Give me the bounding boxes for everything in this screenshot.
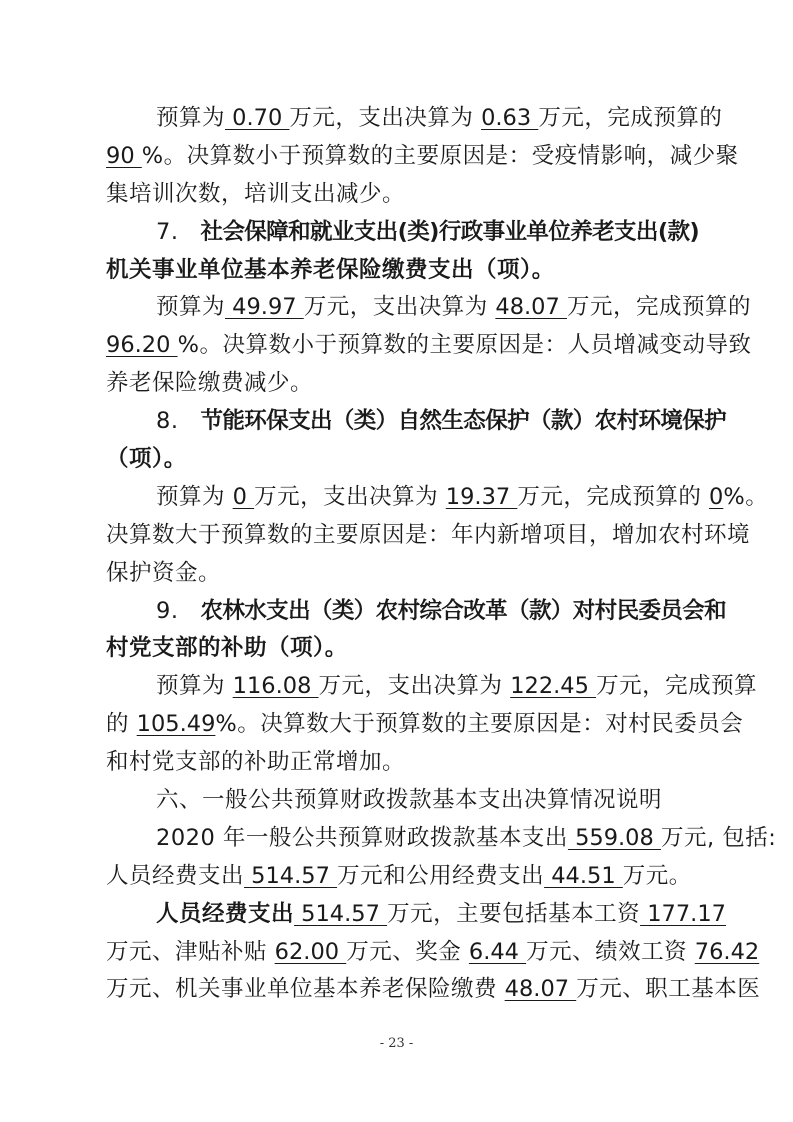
text: 预算为 xyxy=(156,105,225,131)
text: 预算为 xyxy=(156,484,233,510)
text: 万元，支出决算为 xyxy=(319,673,511,699)
text: 的 xyxy=(106,711,137,737)
personnel-total: 514.57 xyxy=(294,901,387,927)
text: 万元，完成预算的 xyxy=(517,484,709,510)
bonus-value: 6.44 xyxy=(469,939,526,965)
actual-value: 19.37 xyxy=(446,484,518,510)
text: 2020 年一般公共预算财政拨款基本支出 xyxy=(156,825,568,851)
item7-rate-line: 96.20 %。决算数小于预算数的主要原因是：人员增减变动导致 xyxy=(106,327,692,365)
item9-heading-cont: 村党支部的补助（项）。 xyxy=(106,630,692,668)
item8-reason-line: 决算数大于预算数的主要原因是：年内新增项目，增加农村环境 xyxy=(106,517,692,555)
performance-salary-value: 76.42 xyxy=(695,939,759,965)
text: 万元、津贴补贴 xyxy=(106,939,275,965)
personnel-line2: 万元、津贴补贴 62.00 万元、奖金 6.44 万元、绩效工资 76.42 xyxy=(106,934,692,972)
public-expense-value: 44.51 xyxy=(544,863,623,889)
text: %。决算数小于预算数的主要原因是：受疫情影响，减少聚 xyxy=(142,143,739,169)
text: 万元, 包括: xyxy=(661,825,776,851)
completion-rate: 0 xyxy=(709,484,723,510)
item9-budget-line: 预算为 116.08 万元，支出决算为 122.45 万元，完成预算 xyxy=(106,668,692,706)
personnel-expense-value: 514.57 xyxy=(244,863,337,889)
basic-expenditure-total: 559.08 xyxy=(568,825,661,851)
text: 万元和公用经费支出 xyxy=(337,863,544,889)
actual-value: 48.07 xyxy=(495,294,567,320)
item8-budget-line: 预算为 0 万元，支出决算为 19.37 万元，完成预算的 0%。 xyxy=(106,479,692,517)
text: %。 xyxy=(723,484,768,510)
heading-text: 社会保障和就业支出(类)行政事业单位养老支出(款) xyxy=(200,219,699,245)
actual-value: 0.63 xyxy=(481,105,538,131)
heading-text: 节能环保支出（类）自然生态保护（款）农村环境保护 xyxy=(200,408,726,434)
actual-value: 122.45 xyxy=(510,673,596,699)
text: 万元，支出决算为 xyxy=(289,105,481,131)
budget-value: 49.97 xyxy=(225,294,304,320)
item7-reason-line: 养老保险缴费减少。 xyxy=(106,365,692,403)
item9-reason-line: 和村党支部的补助正常增加。 xyxy=(106,744,692,782)
text: 万元，完成预算的 xyxy=(567,294,751,320)
item8-heading-cont: （项）。 xyxy=(106,441,692,479)
text: 万元、奖金 xyxy=(346,939,469,965)
completion-rate: 90 xyxy=(106,143,142,169)
item7-heading-cont: 机关事业单位基本养老保险缴费支出（项）。 xyxy=(106,252,692,290)
text: 万元。 xyxy=(623,863,692,889)
text: 万元，主要包括基本工资 xyxy=(387,901,640,927)
budget-value: 116.08 xyxy=(233,673,319,699)
text: 万元、机关事业单位基本养老保险缴费 xyxy=(106,976,505,1002)
item-number: 8. xyxy=(156,408,178,434)
page-number: - 23 - xyxy=(0,1036,793,1051)
text: 万元，完成预算 xyxy=(596,673,757,699)
text: %。决算数小于预算数的主要原因是：人员增减变动导致 xyxy=(178,332,752,358)
item7-heading: 7.社会保障和就业支出(类)行政事业单位养老支出(款) xyxy=(106,214,692,252)
text: 预算为 xyxy=(156,673,233,699)
budget-value: 0.70 xyxy=(225,105,289,131)
section6-total-line: 2020 年一般公共预算财政拨款基本支出 559.08 万元, 包括: xyxy=(106,820,692,858)
text: 预算为 xyxy=(156,294,225,320)
item9-heading: 9.农林水支出（类）农村综合改革（款）对村民委员会和 xyxy=(106,593,692,631)
item-number: 9. xyxy=(156,598,178,624)
pension-value: 48.07 xyxy=(505,976,577,1002)
item6-budget-line: 预算为 0.70 万元，支出决算为 0.63 万元，完成预算的 xyxy=(106,100,692,138)
heading-text: 农林水支出（类）农村综合改革（款）对村民委员会和 xyxy=(200,598,726,624)
item6-rate-line: 90 %。决算数小于预算数的主要原因是：受疫情影响，减少聚 xyxy=(106,138,692,176)
item6-reason-line: 集培训次数，培训支出减少。 xyxy=(106,176,692,214)
text: 万元、绩效工资 xyxy=(526,939,695,965)
basic-salary-value: 177.17 xyxy=(640,901,726,927)
document-body: 预算为 0.70 万元，支出决算为 0.63 万元，完成预算的 90 %。决算数… xyxy=(106,100,692,1009)
text: 万元、职工基本医 xyxy=(576,976,760,1002)
section6-breakdown-line: 人员经费支出 514.57 万元和公用经费支出 44.51 万元。 xyxy=(106,858,692,896)
allowance-value: 62.00 xyxy=(275,939,347,965)
item8-reason-cont: 保护资金。 xyxy=(106,555,692,593)
completion-rate: 105.49 xyxy=(137,711,216,737)
text: 万元，支出决算为 xyxy=(254,484,446,510)
text: 万元，完成预算的 xyxy=(538,105,722,131)
personnel-label: 人员经费支出 xyxy=(156,901,294,927)
item8-heading: 8.节能环保支出（类）自然生态保护（款）农村环境保护 xyxy=(106,403,692,441)
text: 万元，支出决算为 xyxy=(304,294,496,320)
item-number: 7. xyxy=(156,219,178,245)
text: %。决算数大于预算数的主要原因是：对村民委员会 xyxy=(215,711,743,737)
text: 人员经费支出 xyxy=(106,863,244,889)
budget-value: 0 xyxy=(233,484,254,510)
section6-title: 六、一般公共预算财政拨款基本支出决算情况说明 xyxy=(106,782,692,820)
personnel-line3: 万元、机关事业单位基本养老保险缴费 48.07 万元、职工基本医 xyxy=(106,971,692,1009)
item7-budget-line: 预算为 49.97 万元，支出决算为 48.07 万元，完成预算的 xyxy=(106,289,692,327)
item9-rate-line: 的 105.49%。决算数大于预算数的主要原因是：对村民委员会 xyxy=(106,706,692,744)
completion-rate: 96.20 xyxy=(106,332,178,358)
personnel-line1: 人员经费支出 514.57 万元，主要包括基本工资 177.17 xyxy=(106,896,692,934)
